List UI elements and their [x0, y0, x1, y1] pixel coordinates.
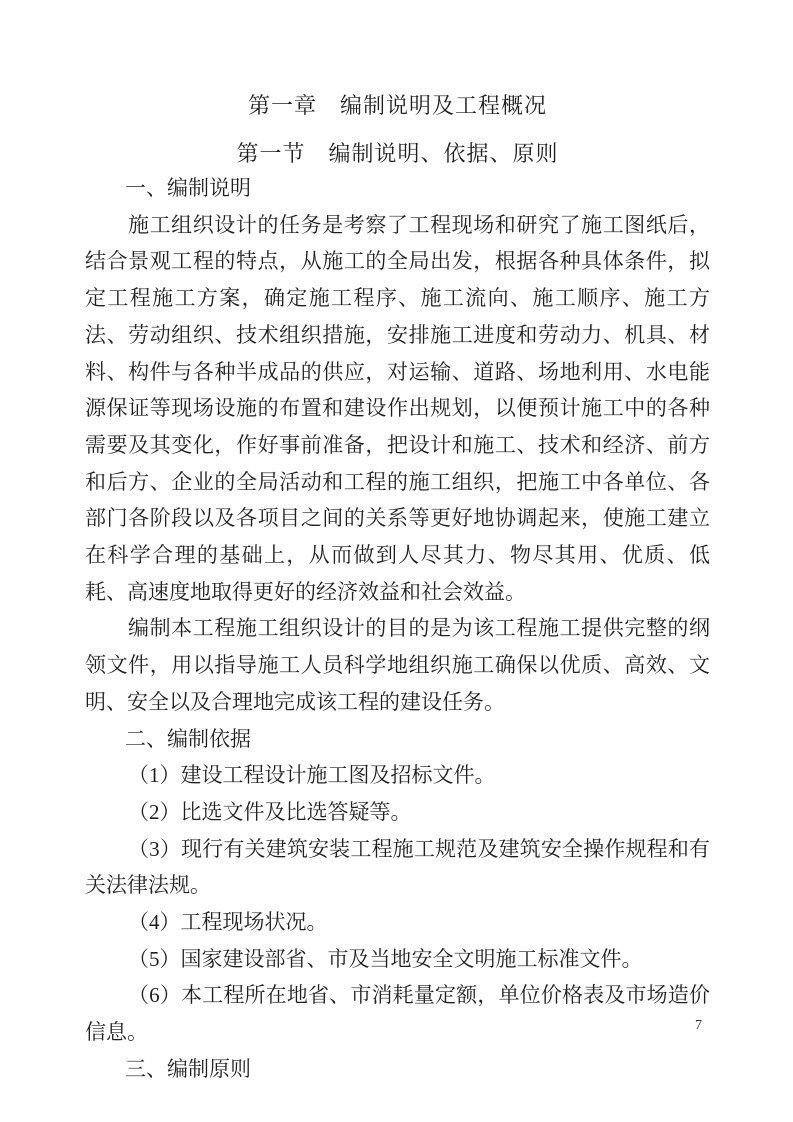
basis-item-2: （2）比选文件及比选答疑等。: [85, 794, 710, 831]
document-page: 第一章 编制说明及工程概况 第一节 编制说明、依据、原则 一、编制说明 施工组织…: [0, 0, 793, 1122]
paragraph-task-description: 施工组织设计的任务是考察了工程现场和研究了施工图纸后，结合景观工程的特点，从施工…: [85, 207, 710, 611]
heading-compilation-basis: 二、编制依据: [85, 721, 710, 758]
section-title: 第一节 编制说明、依据、原则: [85, 140, 710, 168]
heading-compilation-notes: 一、编制说明: [85, 170, 710, 207]
basis-item-3: （3）现行有关建筑安装工程施工规范及建筑安全操作规程和有关法律法规。: [85, 831, 710, 904]
chapter-title: 第一章 编制说明及工程概况: [85, 92, 710, 120]
basis-item-4: （4）工程现场状况。: [85, 904, 710, 941]
document-body: 一、编制说明 施工组织设计的任务是考察了工程现场和研究了施工图纸后，结合景观工程…: [85, 170, 710, 1088]
page-number: 7: [695, 1017, 702, 1035]
paragraph-purpose: 编制本工程施工组织设计的目的是为该工程施工提供完整的纲领文件，用以指导施工人员科…: [85, 610, 710, 720]
basis-item-6: （6）本工程所在地省、市消耗量定额，单位价格表及市场造价信息。: [85, 977, 710, 1050]
basis-item-1: （1）建设工程设计施工图及招标文件。: [85, 757, 710, 794]
basis-item-5: （5）国家建设部省、市及当地安全文明施工标准文件。: [85, 941, 710, 978]
heading-compilation-principles: 三、编制原则: [85, 1051, 710, 1088]
